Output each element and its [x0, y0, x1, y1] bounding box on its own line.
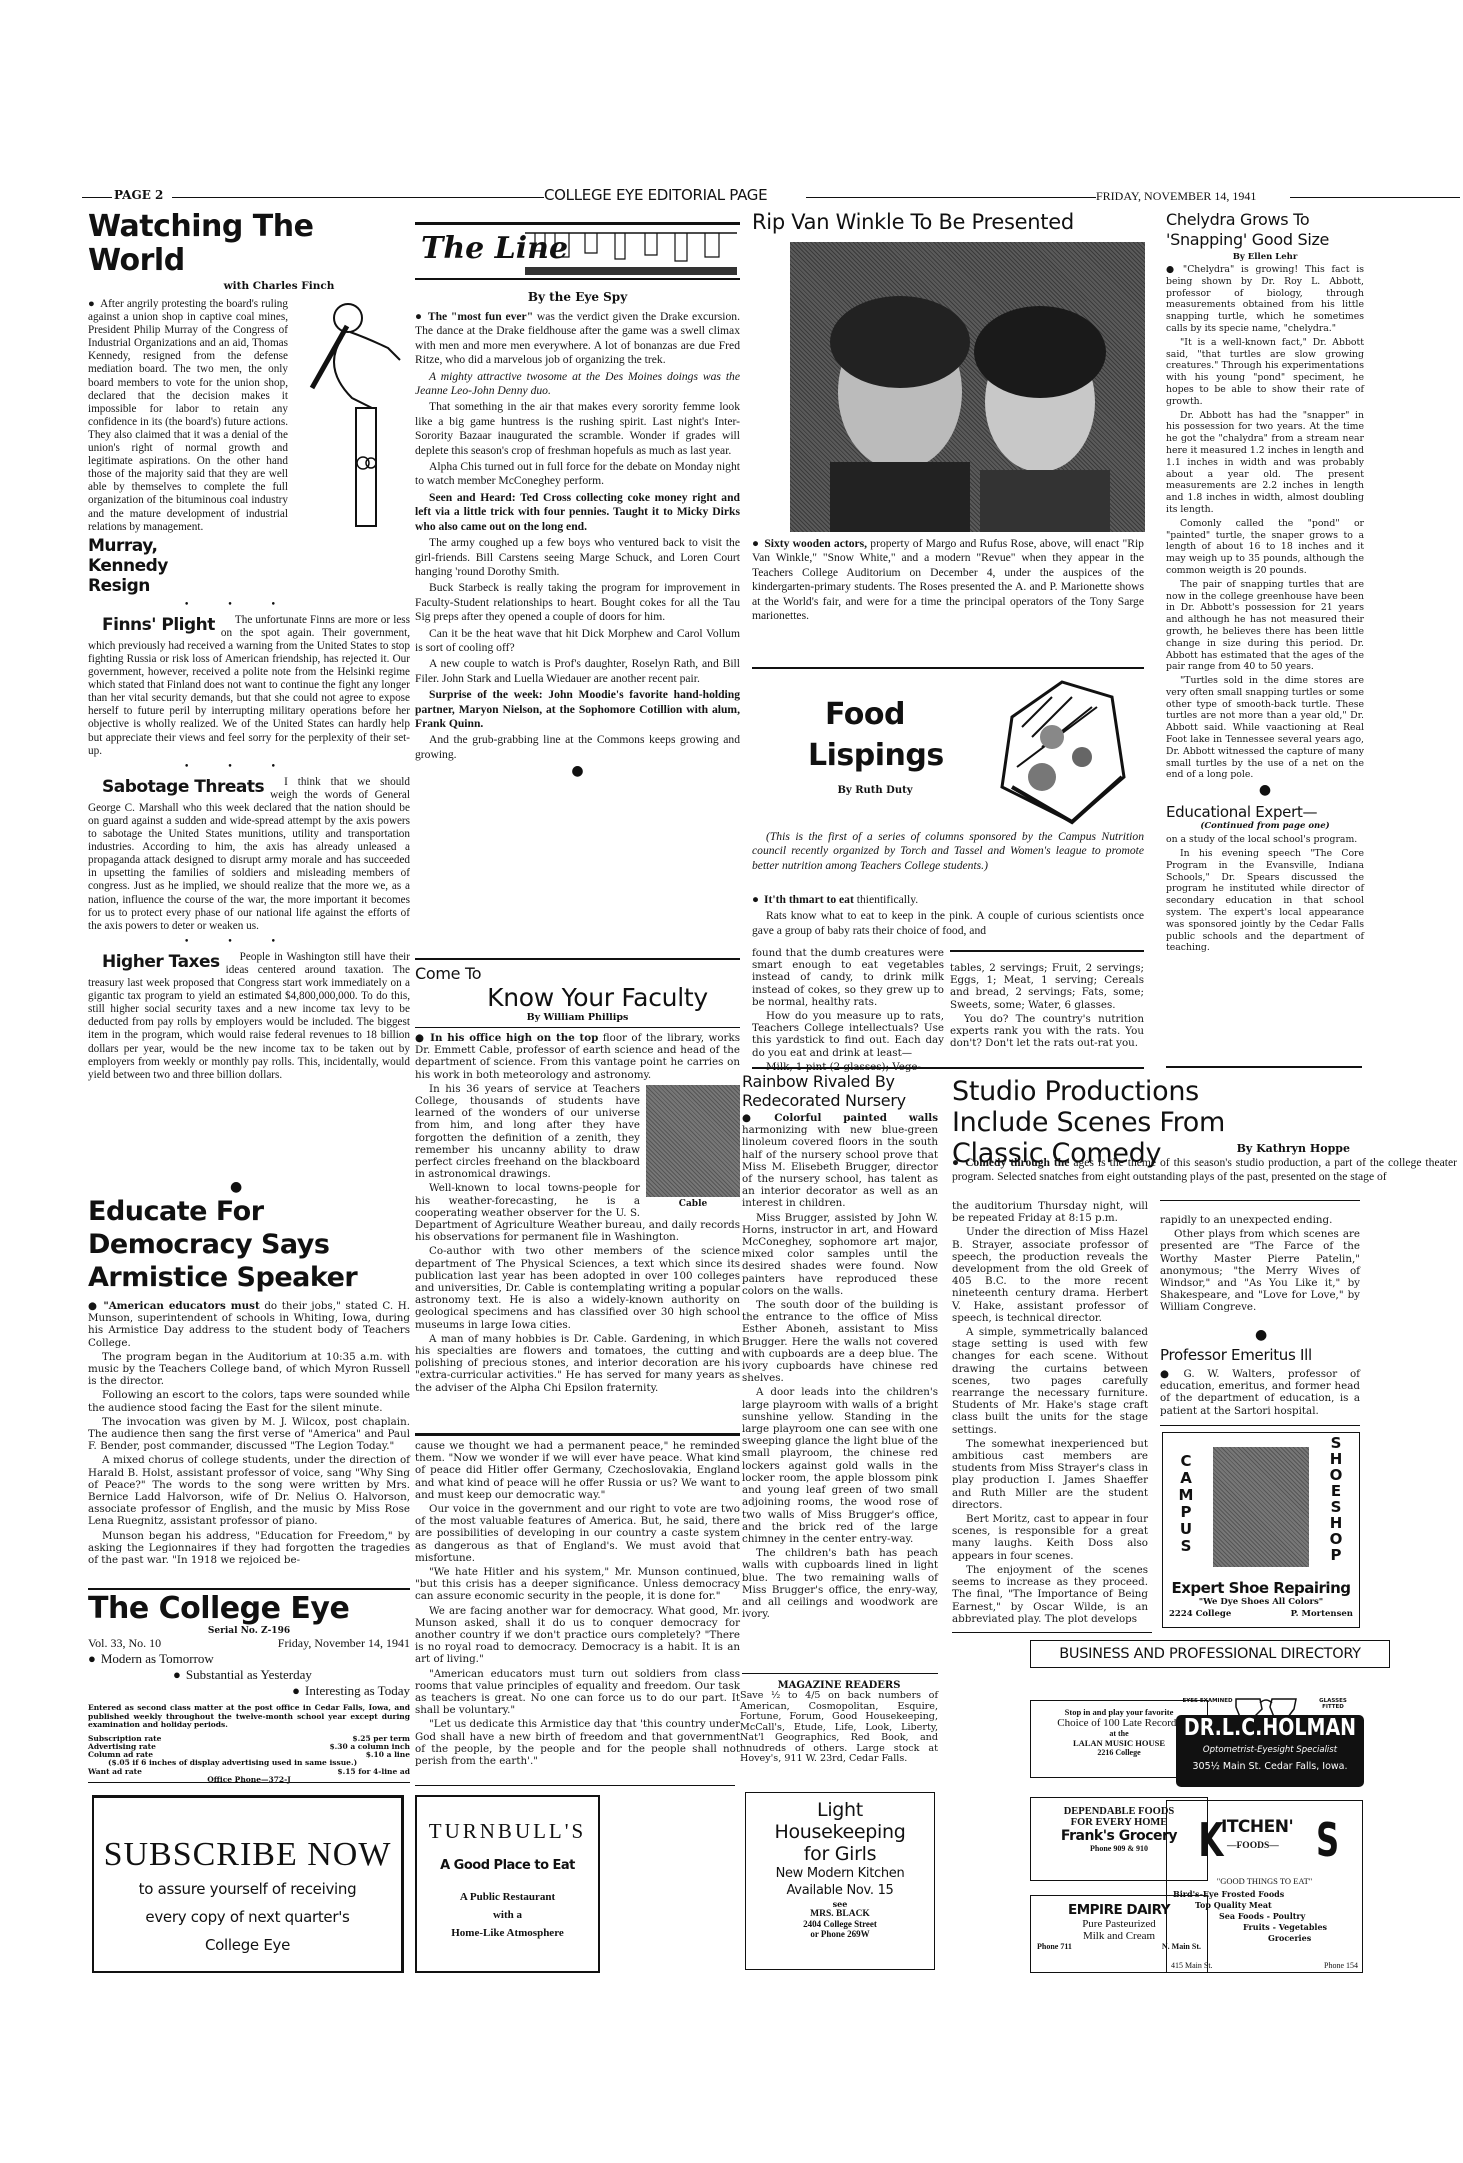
portrait-silhouettes-icon	[790, 242, 1145, 532]
nameplate-date: Friday, November 14, 1941	[278, 1636, 410, 1651]
shoemaker-photo	[1213, 1447, 1309, 1567]
column-title: Food	[825, 697, 905, 732]
ad-line: Bird's-Eye Frosted Foods	[1173, 1889, 1356, 1900]
column-byline: with Charles Finch	[148, 280, 410, 292]
watching-world-column: Watching The World with Charles Finch Af…	[88, 210, 410, 1084]
ad-title: Expert Shoe Repairing	[1163, 1579, 1359, 1597]
rainbow-article: Rainbow Rivaled By Redecorated Nursery C…	[742, 1072, 938, 1622]
ad-label: GLASSES FITTED	[1308, 1698, 1358, 1710]
paragraph: The "most fun ever" was the verdict give…	[415, 310, 740, 368]
ad-owner: P. Mortensen	[1291, 1609, 1353, 1619]
column-byline: By Ruth Duty	[800, 785, 950, 796]
mailing-notice: Entered as second class matter at the po…	[88, 1704, 410, 1730]
bullet-divider: ●	[415, 764, 740, 778]
paragraph: Our voice in the government and our righ…	[415, 1503, 740, 1564]
ad-initial-k: K	[1198, 1813, 1223, 1867]
business-directory-banner: BUSINESS AND PROFESSIONAL DIRECTORY	[1030, 1640, 1390, 1668]
bullet-divider: ●	[1166, 783, 1364, 797]
paragraph: A mighty attractive twosome at the Des M…	[415, 370, 740, 399]
ad-line: Home-Like Atmosphere	[417, 1927, 598, 1939]
article-byline: By William Phillips	[415, 1012, 740, 1023]
column-title: Lispings	[808, 738, 944, 773]
separator-dots: •••	[88, 600, 410, 610]
ad-title: DR.L.C.HOLMAN	[1176, 1712, 1364, 1743]
holman-optometrist-ad[interactable]: EYES EXAMINED GLASSES FITTED DR.L.C.HOLM…	[1170, 1695, 1362, 1787]
ad-address: 2224 College	[1169, 1609, 1231, 1619]
ad-address: 305½ Main St. Cedar Falls, Iowa.	[1176, 1759, 1364, 1775]
shoeshop-vertical-label: SHOESHOP	[1327, 1435, 1345, 1563]
ad-title: SUBSCRIBE NOW	[94, 1836, 401, 1874]
ad-line: Sea Foods - Poultry	[1173, 1911, 1356, 1922]
subhead-taxes: Higher Taxes	[88, 953, 220, 972]
paragraph: A mixed chorus of college students, unde…	[88, 1454, 410, 1527]
page-number: PAGE 2	[114, 188, 163, 202]
housekeeping-ad[interactable]: Light Housekeeping for Girls New Modern …	[745, 1792, 935, 1970]
ad-subtitle: Optometrist-Eyesight Specialist	[1176, 1741, 1364, 1759]
turnbull-ad[interactable]: TURNBULL'S A Good Place to Eat A Public …	[415, 1795, 600, 1973]
paragraph: Rats know what to eat to keep in the pin…	[752, 909, 1144, 938]
issue-date: FRIDAY, NOVEMBER 14, 1941	[1096, 189, 1256, 204]
paragraph: Munson began his address, "Education for…	[88, 1530, 410, 1567]
finns-paragraph: Finns' PlightThe unfortunate Finns are m…	[88, 614, 410, 758]
cable-portrait-image	[646, 1085, 740, 1197]
motto: Interesting as Today	[88, 1683, 410, 1699]
paragraph: The invocation was given by M. J. Wilcox…	[88, 1416, 410, 1453]
article-headline: Educational Expert—	[1166, 803, 1364, 821]
paragraph: The army coughed up a few boys who ventu…	[415, 536, 740, 579]
motto: Modern as Tomorrow	[88, 1651, 410, 1667]
ad-line: with a	[417, 1909, 598, 1921]
food-column-left: found that the dumb creatures were smart…	[752, 947, 944, 1075]
paragraph: In his office high on the top floor of t…	[415, 1032, 740, 1081]
college-eye-nameplate: The College Eye Serial No. Z-196 Vol. 33…	[88, 1592, 410, 1784]
ad-address: 2404 College Street	[746, 1919, 934, 1929]
telescope-cartoon-icon	[292, 298, 410, 530]
ad-line: Housekeeping	[746, 1821, 934, 1843]
article-headline: Rip Van Winkle To Be Presented	[752, 210, 1074, 234]
ad-subtitle: —FOODS—	[1227, 1841, 1279, 1851]
ad-line: to assure yourself of receiving	[94, 1880, 401, 1898]
paragraph: And the grub-grabbing line at the Common…	[415, 733, 740, 762]
studio-column-left: the auditorium Thursday night, will be r…	[952, 1200, 1148, 1627]
ad-line: Available Nov. 15	[746, 1882, 934, 1899]
the-line-logo: The Line	[415, 222, 740, 280]
separator-dots: •••	[88, 937, 410, 947]
paragraph: Can it be the heat wave that hit Dick Mo…	[415, 627, 740, 656]
section-title: COLLEGE EYE EDITORIAL PAGE	[544, 186, 767, 204]
ad-line: for Girls	[746, 1843, 934, 1865]
campus-vertical-label: CAMPUS	[1177, 1453, 1195, 1555]
paragraph: "Let us dedicate this Armistice day that…	[415, 1718, 740, 1767]
ad-line: College Eye	[94, 1936, 401, 1954]
paragraph: Co-author with two other members of the …	[415, 1245, 740, 1330]
bullet-divider: ●	[1255, 1328, 1267, 1342]
food-column-right: tables, 2 servings; Fruit, 2 servings; E…	[950, 962, 1144, 1051]
ad-slogan: "GOOD THINGS TO EAT"	[1167, 1876, 1362, 1886]
paragraph: "We hate Hitler and his system," Mr. Mun…	[415, 1566, 740, 1603]
sabotage-paragraph: Sabotage ThreatsI think that we should w…	[88, 776, 410, 933]
faculty-photo: Cable	[646, 1085, 740, 1210]
paragraph: Seen and Heard: Ted Cross collecting cok…	[415, 491, 740, 534]
ad-line: Groceries	[1173, 1933, 1356, 1944]
paragraph: Alpha Chis turned out in full force for …	[415, 460, 740, 489]
the-line-column: By the Eye Spy The "most fun ever" was t…	[415, 290, 740, 778]
ad-line: Fruits - Vegetables	[1173, 1922, 1356, 1933]
column-title: Watching The World	[88, 210, 410, 278]
ad-phone: or Phone 269W	[746, 1929, 934, 1939]
article-headline: Know Your Faculty	[455, 983, 740, 1012]
paragraph: "American educators must turn out soldie…	[415, 1668, 740, 1717]
subhead-murray: Murray, Kennedy Resign	[88, 536, 228, 596]
column-byline: By the Eye Spy	[415, 290, 740, 304]
democracy-continued: cause we thought we had a permanent peac…	[415, 1440, 740, 1769]
paragraph: A new couple to watch is Prof's daughter…	[415, 657, 740, 686]
roses-photo	[790, 242, 1145, 532]
directory-title: BUSINESS AND PROFESSIONAL DIRECTORY	[1059, 1646, 1360, 1662]
clothesline-drawing-icon	[525, 227, 737, 277]
ad-label: EYES EXAMINED	[1180, 1698, 1235, 1704]
paragraph: Buck Starbeck is really taking the progr…	[415, 581, 740, 624]
article-kicker: Come To	[415, 964, 740, 983]
motto: Substantial as Yesterday	[173, 1667, 410, 1683]
emeritus-article: Professor Emeritus Ill G. W. Walters, pr…	[1160, 1346, 1360, 1419]
ad-address: 415 Main St.	[1171, 1961, 1213, 1970]
ad-line: New Modern Kitchen	[746, 1865, 934, 1882]
paragraph: Surprise of the week: John Moodie's favo…	[415, 688, 740, 731]
serial-number: Serial No. Z-196	[88, 1626, 410, 1636]
food-basket-illustration-icon	[992, 677, 1134, 827]
nameplate-title: The College Eye	[88, 1592, 410, 1626]
office-phone: Office Phone—372-J	[88, 1776, 410, 1784]
subhead-finns: Finns' Plight	[88, 616, 215, 635]
ad-phone: Phone 154	[1324, 1961, 1358, 1970]
ad-contact-name: MRS. BLACK	[746, 1909, 934, 1919]
rate-table: Subscription rate$.25 per term Advertisi…	[88, 1735, 410, 1785]
paragraph: A man of many hobbies is Dr. Cable. Gard…	[415, 1333, 740, 1394]
paragraph: The program began in the Auditorium at 1…	[88, 1351, 410, 1388]
article-headline: Professor Emeritus Ill	[1160, 1346, 1360, 1364]
studio-column-right: rapidly to an unexpected ending. Other p…	[1160, 1214, 1360, 1316]
ad-line: Light	[746, 1799, 934, 1821]
paragraph: We are facing another war for democracy.…	[415, 1605, 740, 1666]
ad-slogan: A Good Place to Eat	[417, 1858, 598, 1873]
classified-text: Save ½ to 4/5 on back numbers of America…	[740, 1691, 938, 1765]
paragraph: Following an escort to the colors, taps …	[88, 1389, 410, 1413]
campus-shoeshop-ad[interactable]: CAMPUS SHOESHOP Expert Shoe Repairing "W…	[1162, 1432, 1360, 1628]
article-headline: Educate For Democracy Says Armistice Spe…	[88, 1195, 410, 1294]
taxes-paragraph: Higher TaxesPeople in Washington still h…	[88, 951, 410, 1082]
democracy-lead: "American educators must do their jobs,"…	[88, 1300, 410, 1349]
article-headline: Chelydra Grows To 'Snapping' Good Size	[1166, 210, 1364, 250]
democracy-article: Educate For Democracy Says Armistice Spe…	[88, 1195, 410, 1568]
ad-line: A Public Restaurant	[417, 1891, 598, 1903]
ad-line: see	[746, 1899, 934, 1909]
paragraph: cause we thought we had a permanent peac…	[415, 1440, 740, 1501]
subhead-sabotage: Sabotage Threats	[88, 778, 264, 797]
bullet-divider: ●	[230, 1180, 242, 1194]
separator-dots: •••	[88, 762, 410, 772]
studio-lead: Comedy through the ages is the theme of …	[952, 1156, 1457, 1187]
volume-number: Vol. 33, No. 10	[88, 1636, 161, 1651]
food-article: It'th thmart to eat thientifically. Rats…	[752, 893, 1144, 940]
food-editor-note: (This is the first of a series of column…	[752, 830, 1144, 875]
ad-phone: Phone 711	[1037, 1942, 1072, 1951]
article-byline: By Ellen Lehr	[1166, 252, 1364, 262]
article-headline: Rainbow Rivaled By Redecorated Nursery	[742, 1072, 938, 1110]
ad-slogan: "We Dye Shoes All Colors"	[1163, 1597, 1359, 1607]
magazine-classified: MAGAZINE READERS Save ½ to 4/5 on back n…	[740, 1680, 938, 1765]
article-byline: By Kathryn Hoppe	[1100, 1142, 1350, 1155]
faculty-article: Come To Know Your Faculty By William Phi…	[415, 964, 740, 1396]
subscribe-ad[interactable]: SUBSCRIBE NOW to assure yourself of rece…	[92, 1795, 404, 1973]
rip-article: Sixty wooden actors, property of Margo a…	[752, 537, 1144, 625]
ad-line: Top Quality Meat	[1173, 1900, 1356, 1911]
kitchens-foods-ad[interactable]: K ITCHEN' S —FOODS— "GOOD THINGS TO EAT"…	[1166, 1800, 1363, 1973]
ad-title: ITCHEN'	[1221, 1817, 1293, 1837]
ad-title: TURNBULL'S	[417, 1819, 598, 1844]
paragraph: That something in the air that makes eve…	[415, 400, 740, 458]
continued-note: (Continued from page one)	[1166, 821, 1364, 831]
chelydra-article: Chelydra Grows To 'Snapping' Good Size B…	[1166, 210, 1364, 956]
photo-caption: Cable	[646, 1198, 740, 1210]
ad-line: every copy of next quarter's	[94, 1908, 401, 1926]
ad-initial-s: S	[1316, 1813, 1339, 1867]
